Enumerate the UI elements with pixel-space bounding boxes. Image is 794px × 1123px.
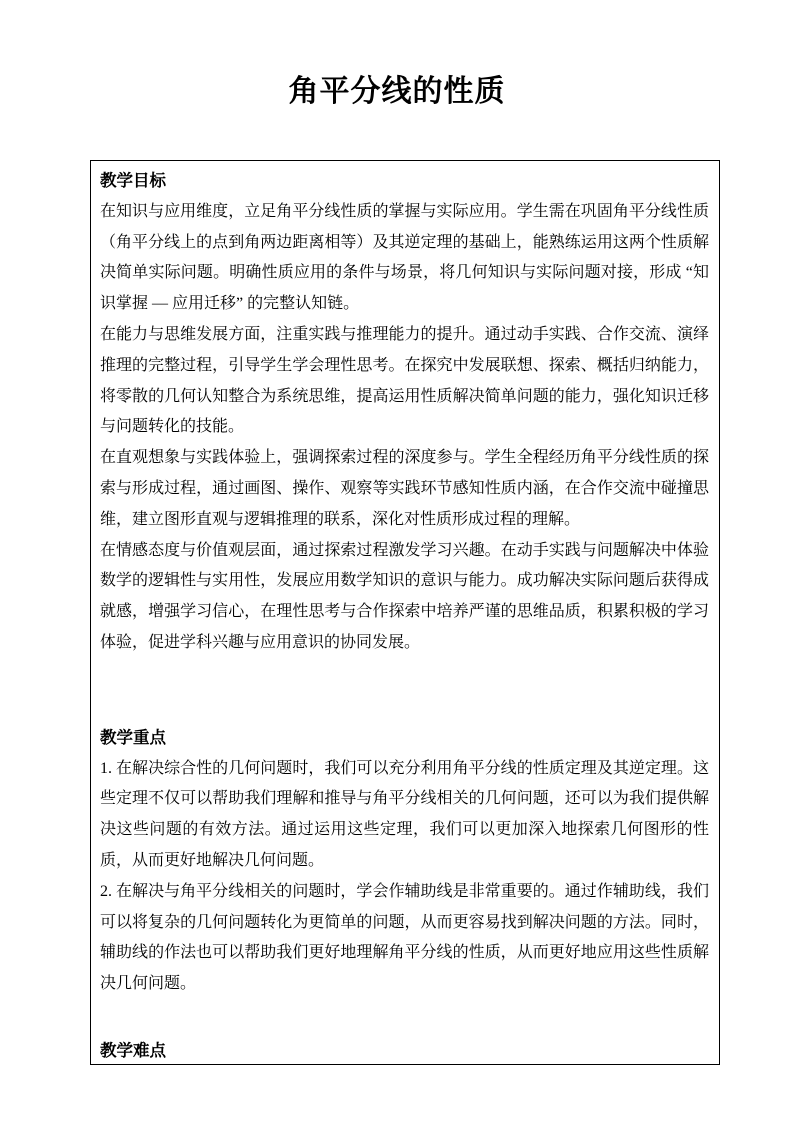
section-heading-objectives: 教学目标 <box>100 166 709 197</box>
section-teaching-key-points: 教学重点 1. 在解决综合性的几何问题时，我们可以充分利用角平分线的性质定理及其… <box>100 723 709 1000</box>
objectives-paragraph-intuition: 在直观想象与实践体验上，强调探索过程的深度参与。学生全程经历角平分线性质的探索与… <box>100 443 709 535</box>
key-point-2: 2. 在解决与角平分线相关的问题时，学会作辅助线是非常重要的。通过作辅助线，我们… <box>100 877 709 1000</box>
objectives-paragraph-ability: 在能力与思维发展方面，注重实践与推理能力的提升。通过动手实践、合作交流、演绎推理… <box>100 320 709 443</box>
section-heading-difficulties: 教学难点 <box>100 1036 709 1065</box>
section-heading-key-points: 教学重点 <box>100 723 709 754</box>
table-cell: 教学目标 在知识与应用维度，立足角平分线性质的掌握与实际应用。学生需在巩固角平分… <box>91 161 719 1065</box>
objectives-paragraph-affect: 在情感态度与价值观层面，通过探索过程激发学习兴趣。在动手实践与问题解决中体验数学… <box>100 536 709 659</box>
page-title: 角平分线的性质 <box>0 0 794 112</box>
blank-space <box>100 659 709 723</box>
blank-space <box>100 1000 709 1036</box>
lesson-plan-table: 教学目标 在知识与应用维度，立足角平分线性质的掌握与实际应用。学生需在巩固角平分… <box>90 160 720 1065</box>
objectives-paragraph-knowledge: 在知识与应用维度，立足角平分线性质的掌握与实际应用。学生需在巩固角平分线性质（角… <box>100 197 709 320</box>
key-point-1: 1. 在解决综合性的几何问题时，我们可以充分利用角平分线的性质定理及其逆定理。这… <box>100 754 709 877</box>
document-page: 角平分线的性质 教学目标 在知识与应用维度，立足角平分线性质的掌握与实际应用。学… <box>0 0 794 1123</box>
section-teaching-difficulties: 教学难点 <box>100 1036 709 1065</box>
section-teaching-objectives: 教学目标 在知识与应用维度，立足角平分线性质的掌握与实际应用。学生需在巩固角平分… <box>100 166 709 659</box>
